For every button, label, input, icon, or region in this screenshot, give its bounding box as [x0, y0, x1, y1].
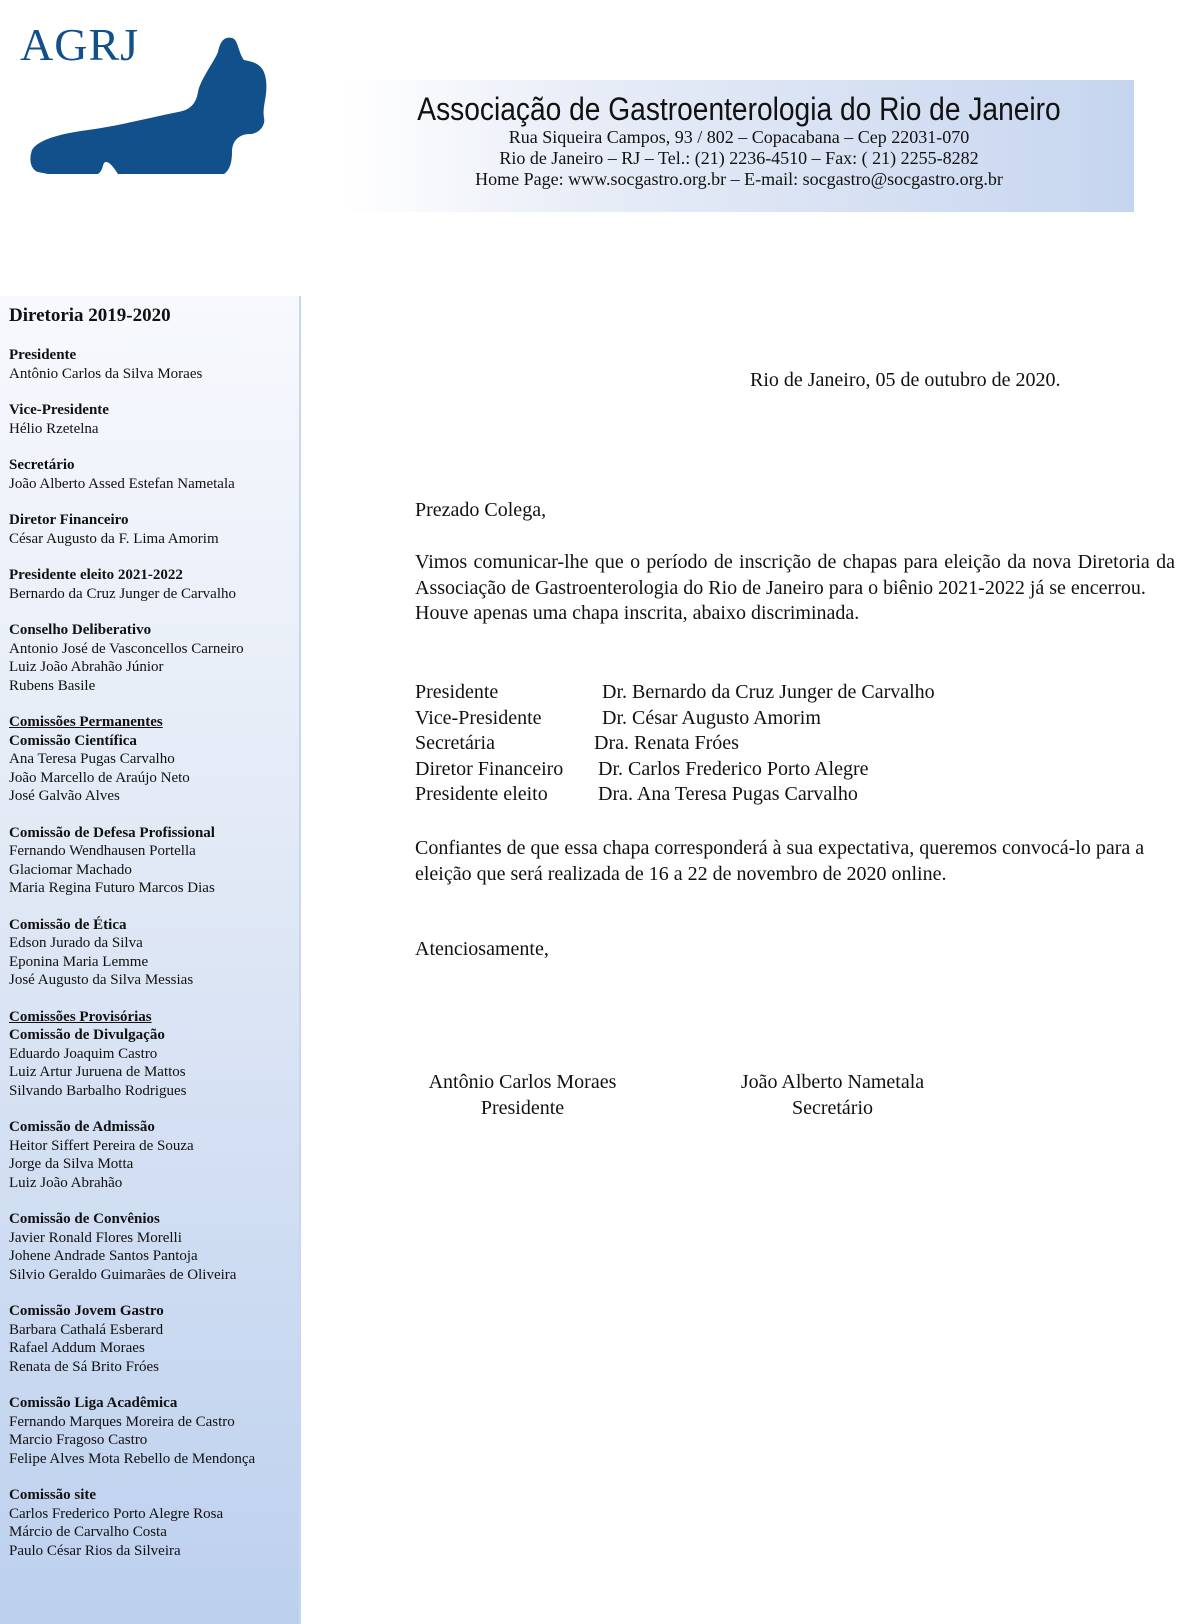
signature-secretary: João Alberto Nametala Secretário	[725, 1070, 940, 1121]
board-group: Comissão de ÉticaEdson Jurado da SilvaEp…	[9, 916, 299, 990]
member-name: João Marcello de Araújo Neto	[9, 769, 299, 788]
slate-role: Diretor Financeiro	[415, 757, 602, 783]
web-email-line: Home Page: www.socgastro.org.br – E-mail…	[344, 169, 1134, 190]
board-group: Conselho DeliberativoAntonio José de Vas…	[9, 621, 299, 695]
member-name: Rafael Addum Moraes	[9, 1339, 299, 1358]
slate-row: Diretor FinanceiroDr. Carlos Frederico P…	[415, 757, 935, 783]
slate-row: PresidenteDr. Bernardo da Cruz Junger de…	[415, 680, 935, 706]
member-name: Antonio José de Vasconcellos Carneiro	[9, 640, 299, 659]
member-name: Glaciomar Machado	[9, 861, 299, 880]
signature-name: Antônio Carlos Moraes	[415, 1070, 630, 1096]
slate-candidate: Dr. Carlos Frederico Porto Alegre	[598, 757, 869, 783]
member-name: Rubens Basile	[9, 677, 299, 696]
logo-text: AGRJ	[20, 22, 139, 68]
slate-candidate: Dr. César Augusto Amorim	[602, 706, 821, 732]
paragraph-announcement-text: Vimos comunicar-lhe que o período de ins…	[415, 551, 1175, 599]
member-name: José Augusto da Silva Messias	[9, 971, 299, 990]
board-group: SecretárioJoão Alberto Assed Estefan Nam…	[9, 456, 299, 493]
board-group: Diretor FinanceiroCésar Augusto da F. Li…	[9, 511, 299, 548]
member-name: Luiz João Abrahão Júnior	[9, 658, 299, 677]
greeting: Prezado Colega,	[415, 499, 546, 522]
group-heading: Presidente	[9, 346, 299, 365]
group-heading: Comissão de Admissão	[9, 1118, 299, 1137]
paragraph-invitation: Confiantes de que essa chapa corresponde…	[415, 836, 1165, 887]
group-heading: Vice-Presidente	[9, 401, 299, 420]
member-name: Luiz Artur Juruena de Mattos	[9, 1063, 299, 1082]
member-name: Luiz João Abrahão	[9, 1174, 299, 1193]
signature-president: Antônio Carlos Moraes Presidente	[415, 1070, 630, 1121]
group-heading: Diretor Financeiro	[9, 511, 299, 530]
signature-name: João Alberto Nametala	[725, 1070, 940, 1096]
section-heading: Comissões Permanentes	[9, 713, 299, 732]
slate-candidate: Dra. Ana Teresa Pugas Carvalho	[598, 782, 858, 808]
organization-name: Associação de Gastroenterologia do Rio d…	[391, 92, 1086, 127]
slate-row: Vice-PresidenteDr. César Augusto Amorim	[415, 706, 935, 732]
member-name: João Alberto Assed Estefan Nametala	[9, 475, 299, 494]
member-name: Javier Ronald Flores Morelli	[9, 1229, 299, 1248]
member-name: Eponina Maria Lemme	[9, 953, 299, 972]
board-group: Comissão de Defesa ProfissionalFernando …	[9, 824, 299, 898]
board-group: Comissões ProvisóriasComissão de Divulga…	[9, 1008, 299, 1101]
member-name: Felipe Alves Mota Rebello de Mendonça	[9, 1450, 299, 1469]
member-name: Johene Andrade Santos Pantoja	[9, 1247, 299, 1266]
agrj-logo: AGRJ	[18, 22, 268, 177]
group-heading: Comissão de Convênios	[9, 1210, 299, 1229]
board-group: Comissões PermanentesComissão Científica…	[9, 713, 299, 806]
member-name: Edson Jurado da Silva	[9, 934, 299, 953]
member-name: Márcio de Carvalho Costa	[9, 1523, 299, 1542]
member-name: Paulo César Rios da Silveira	[9, 1542, 299, 1561]
slate-row: SecretáriaDra. Renata Fróes	[415, 731, 935, 757]
board-group: Comissão de AdmissãoHeitor Siffert Perei…	[9, 1118, 299, 1192]
letterhead-banner: Associação de Gastroenterologia do Rio d…	[344, 80, 1134, 212]
group-heading: Comissão de Defesa Profissional	[9, 824, 299, 843]
board-group: Comissão Jovem GastroBarbara Cathalá Esb…	[9, 1302, 299, 1376]
slate-role: Presidente eleito	[415, 782, 602, 808]
member-name: César Augusto da F. Lima Amorim	[9, 530, 299, 549]
board-sidebar: Diretoria 2019-2020 PresidenteAntônio Ca…	[0, 296, 301, 1624]
member-name: Eduardo Joaquim Castro	[9, 1045, 299, 1064]
member-name: Marcio Fragoso Castro	[9, 1431, 299, 1450]
board-group: Vice-PresidenteHélio Rzetelna	[9, 401, 299, 438]
member-name: Silvio Geraldo Guimarães de Oliveira	[9, 1266, 299, 1285]
signature-title: Presidente	[415, 1096, 630, 1122]
group-heading: Comissão de Divulgação	[9, 1026, 299, 1045]
member-name: Bernardo da Cruz Junger de Carvalho	[9, 585, 299, 604]
group-heading: Comissão Jovem Gastro	[9, 1302, 299, 1321]
member-name: Antônio Carlos da Silva Moraes	[9, 365, 299, 384]
board-group: PresidenteAntônio Carlos da Silva Moraes	[9, 346, 299, 383]
group-heading: Presidente eleito 2021-2022	[9, 566, 299, 585]
slate-candidate: Dra. Renata Fróes	[594, 731, 739, 757]
slate-candidate: Dr. Bernardo da Cruz Junger de Carvalho	[602, 680, 935, 706]
board-group: Presidente eleito 2021-2022Bernardo da C…	[9, 566, 299, 603]
board-group: Comissão siteCarlos Frederico Porto Aleg…	[9, 1486, 299, 1560]
address-line: Rua Siqueira Campos, 93 / 802 – Copacaba…	[344, 127, 1134, 148]
sidebar-title: Diretoria 2019-2020	[9, 306, 299, 326]
group-heading: Comissão Liga Acadêmica	[9, 1394, 299, 1413]
letter-date: Rio de Janeiro, 05 de outubro de 2020.	[750, 369, 1061, 392]
group-heading: Conselho Deliberativo	[9, 621, 299, 640]
slate-role: Secretária	[415, 731, 602, 757]
section-heading: Comissões Provisórias	[9, 1008, 299, 1027]
member-name: Jorge da Silva Motta	[9, 1155, 299, 1174]
member-name: Fernando Marques Moreira de Castro	[9, 1413, 299, 1432]
board-group: Comissão Liga AcadêmicaFernando Marques …	[9, 1394, 299, 1468]
paragraph-announcement: Vimos comunicar-lhe que o período de ins…	[415, 550, 1175, 627]
member-name: Barbara Cathalá Esberard	[9, 1321, 299, 1340]
slate-role: Presidente	[415, 680, 602, 706]
member-name: Hélio Rzetelna	[9, 420, 299, 439]
slate-row: Presidente eleitoDra. Ana Teresa Pugas C…	[415, 782, 935, 808]
member-name: Fernando Wendhausen Portella	[9, 842, 299, 861]
member-name: Carlos Frederico Porto Alegre Rosa	[9, 1505, 299, 1524]
member-name: José Galvão Alves	[9, 787, 299, 806]
candidate-slate: PresidenteDr. Bernardo da Cruz Junger de…	[415, 680, 935, 808]
board-groups: PresidenteAntônio Carlos da Silva Moraes…	[9, 346, 299, 1560]
group-heading: Secretário	[9, 456, 299, 475]
member-name: Ana Teresa Pugas Carvalho	[9, 750, 299, 769]
signature-title: Secretário	[725, 1096, 940, 1122]
slate-role: Vice-Presidente	[415, 706, 602, 732]
paragraph-announcement-line2: Houve apenas uma chapa inscrita, abaixo …	[415, 601, 1175, 627]
board-group: Comissão de ConvêniosJavier Ronald Flore…	[9, 1210, 299, 1284]
member-name: Heitor Siffert Pereira de Souza	[9, 1137, 299, 1156]
group-heading: Comissão site	[9, 1486, 299, 1505]
signoff: Atenciosamente,	[415, 938, 549, 961]
member-name: Maria Regina Futuro Marcos Dias	[9, 879, 299, 898]
group-heading: Comissão de Ética	[9, 916, 299, 935]
member-name: Silvando Barbalho Rodrigues	[9, 1082, 299, 1101]
member-name: Renata de Sá Brito Fróes	[9, 1358, 299, 1377]
group-heading: Comissão Científica	[9, 732, 299, 751]
phone-line: Rio de Janeiro – RJ – Tel.: (21) 2236-45…	[344, 148, 1134, 169]
